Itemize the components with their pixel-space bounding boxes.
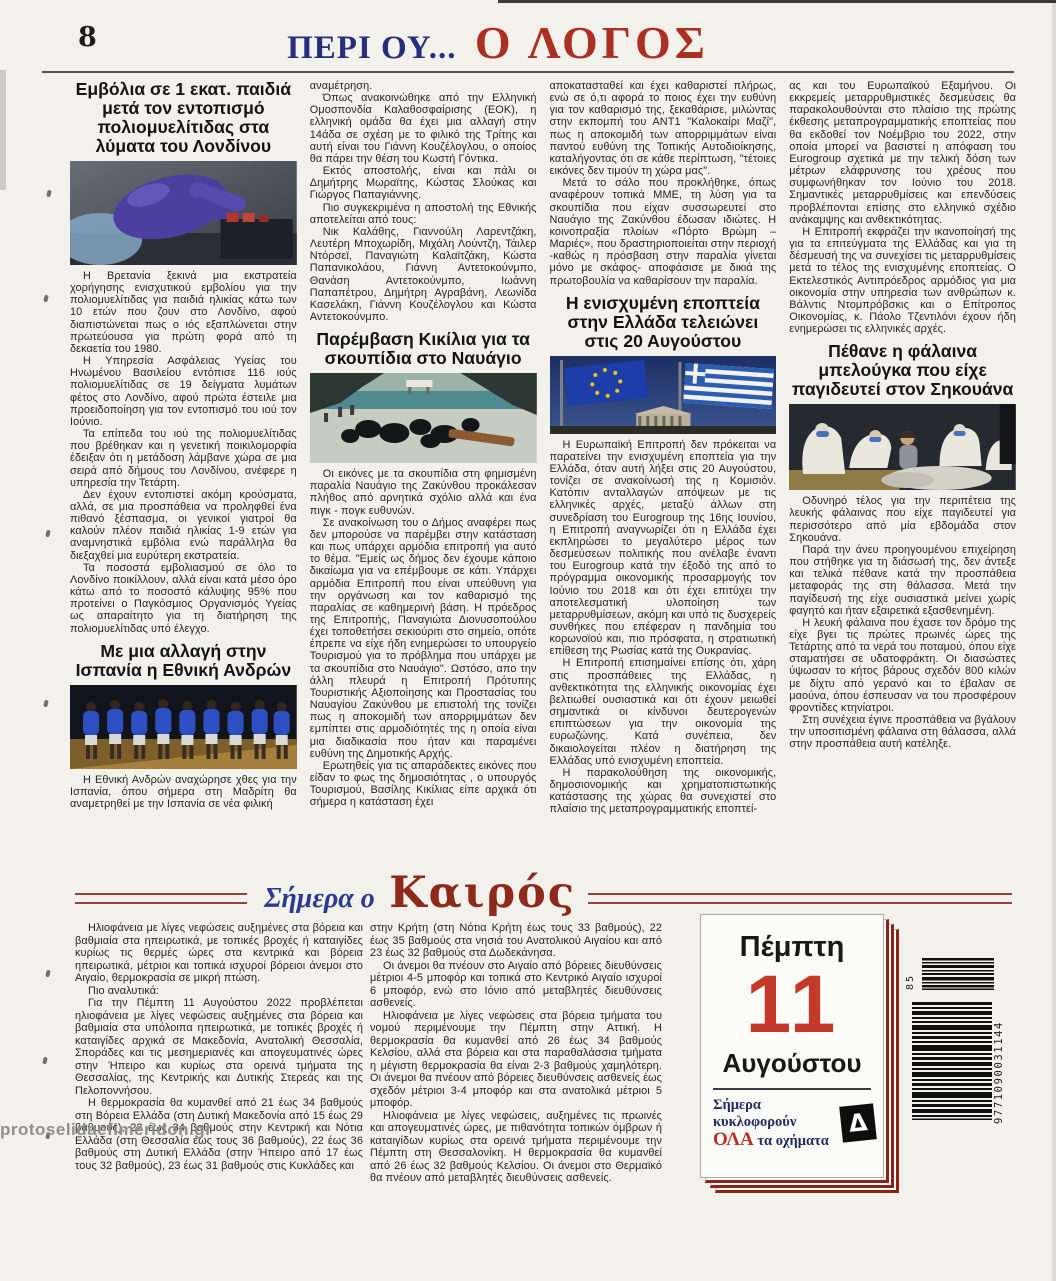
navagio-article-headline: Παρέμβαση Κικίλια για τα σκουπίδια στο Ν… [310,330,537,368]
masthead-newspaper-title: Ο ΛΟΓΟΣ [475,17,709,68]
watermark: protoselidaefimeridon.gr [0,1120,212,1140]
weather-column-1: Ηλιοφάνεια με λίγες νεφώσεις αυξημένες σ… [75,922,363,1184]
header-rule [42,71,1014,73]
article-columns: Εμβόλια σε 1 εκατ. παιδιά μετά τον εντοπ… [70,80,1016,880]
weather-title-main: Καιρός [389,868,576,918]
weather-paragraph: Ηλιοφάνεια με λίγες νεφώσεις αυξημένες σ… [75,922,363,985]
article-paragraph: Η Εθνική Ανδρών αναχώρησε χθες για την Ι… [70,774,297,810]
weather-paragraph: στην Κρήτη (στη Νότια Κρήτη έως τους 33 … [370,922,662,960]
article-paragraph: ας και του Ευρωπαϊκού Εξαμήνου. Οι εκκρε… [789,80,1016,226]
circulation-line1: Σήμερα κυκλοφορούν [713,1097,841,1131]
scan-speck [43,700,49,708]
weather-rule-right [588,893,1012,904]
circulation-note: Σήμερα κυκλοφορούν ΟΛΑ τα οχήματα Δ [701,1097,883,1150]
barcode-small [922,958,994,990]
article-paragraph: αναμέτρηση. [310,80,537,92]
scan-artifact-right-edge [1052,0,1056,1281]
weather-title: Σήμερα ο Καιρός [250,868,590,918]
circulation-highlight: ΟΛΑ [713,1129,754,1150]
weather-paragraph: Για την Πέμπτη 11 Αυγούστου 2022 προβλέπ… [75,997,363,1097]
article-paragraph: Όπως ανακοινώθηκε από την Ελληνική Ομοσπ… [310,92,537,165]
barcode-number: 9771090031144 [993,1002,1005,1124]
weather-paragraph: Ηλιοφάνεια με λίγες νεφώσεις στα βόρεια … [370,1010,662,1110]
article-paragraph: Οδυνηρό τέλος για την περιπέτεια της λευ… [789,495,1016,544]
gloved-hand-photo [70,161,297,265]
circulation-line2: ΟΛΑ τα οχήματα [713,1131,841,1150]
daktylios-ring-icon: Δ [839,1104,877,1143]
weather-title-prefix: Σήμερα ο [264,883,375,914]
calendar-date-number: 11 [701,966,883,1044]
calendar-front-sheet: Πέμπτη 11 Αυγούστου Σήμερα κυκλοφορούν Ο… [700,914,884,1178]
scan-speck [43,295,49,303]
weather-paragraph: Πιο αναλυτικά: [75,985,363,998]
article-column-4: ας και του Ευρωπαϊκού Εξαμήνου. Οι εκκρε… [789,80,1016,880]
calendar-widget: Πέμπτη 11 Αυγούστου Σήμερα κυκλοφορούν Ο… [700,914,884,1178]
circulation-rest: τα οχήματα [754,1133,829,1149]
newspaper-page: 8 ΠΕΡΙ ΟΥ... Ο ΛΟΓΟΣ Εμβόλια σε 1 εκατ. … [0,0,1056,1281]
weather-paragraph: Οι άνεμοι θα πνέουν στο Αιγαίο από βόρει… [370,960,662,1010]
scan-artifact-left-edge [0,70,6,190]
article-paragraph: Τα επίπεδα του ιού της πολιομυελίτιδας π… [70,428,297,489]
article-column-3: αποκατασταθεί και έχει καθαριστεί πλήρως… [550,80,777,880]
article-paragraph: Παρά την άνευ προηγουμένου επιχείρηση πο… [789,544,1016,617]
surveillance-article-headline: Η ενισχυμένη εποπτεία στην Ελλάδα τελειώ… [550,294,777,351]
article-paragraph: Οι εικόνες με τα σκουπίδια στη φημισμένη… [310,468,537,517]
beluga-article-headline: Πέθανε η φάλαινα μπελούγκα που είχε παγι… [789,342,1016,399]
article-paragraph: Πιο συγκεκριμένα η αποστολή της Εθνικής … [310,202,537,226]
article-paragraph: Η Υπηρεσία Ασφάλειας Υγείας του Ηνωμένου… [70,355,297,428]
article-paragraph: Η Ευρωπαϊκή Επιτροπή δεν πρόκειται να πα… [550,439,777,658]
weather-column-2: στην Κρήτη (στη Νότια Κρήτη έως τους 33 … [370,922,662,1184]
article-paragraph: Σε ανακοίνωση του ο Δήμος αναφέρει πως δ… [310,517,537,760]
basketball-team-photo [70,685,297,769]
barcode-top-label: 85 [905,958,916,990]
article-paragraph: Η παρακολούθηση της οικονομικής, δημοσιο… [550,767,777,816]
article-paragraph: Τα ποσοστά εμβολιασμού σε όλο το Λονδίνο… [70,562,297,635]
article-paragraph: Στη συνέχεια έγινε προσπάθεια να βγάλουν… [789,714,1016,750]
beluga-rescue-photo [789,404,1016,490]
navagio-beach-photo [310,373,537,463]
article-column-1: Εμβόλια σε 1 εκατ. παιδιά μετά τον εντοπ… [70,80,297,880]
article-paragraph: αποκατασταθεί και έχει καθαριστεί πλήρως… [550,80,777,177]
masthead-section-title: ΠΕΡΙ ΟΥ... [287,30,456,66]
article-paragraph: Μετά το σάλο που προκλήθηκε, όπως αναφέρ… [550,177,777,286]
article-paragraph: Η Επιτροπή εκφράζει την ικανοποίησή της … [789,226,1016,335]
scan-speck [42,1057,48,1065]
calendar-month: Αυγούστου [701,1048,883,1079]
weather-rule-left [75,893,247,904]
article-paragraph: Η Επιτροπή επισημαίνει επίσης ότι, χάρη … [550,657,777,766]
article-paragraph: Δεν έχουν εντοπιστεί ακόμη κρούσματα, αλ… [70,489,297,562]
barcode-main [912,1002,992,1120]
basketball-article-headline: Με μια αλλαγή στην Ισπανία η Εθνική Ανδρ… [70,642,297,680]
masthead: ΠΕΡΙ ΟΥ... Ο ΛΟΓΟΣ [0,16,996,69]
article-paragraph: Ερωτηθείς για τις απαράδεκτες εικόνες πο… [310,760,537,809]
eu-greek-flags-photo [550,356,777,434]
scan-speck [45,530,51,538]
article-paragraph: Η λευκή φάλαινα που έχασε τον δρόμο της … [789,617,1016,714]
article-paragraph: Η Βρετανία ξεκινά μια εκστρατεία χορήγησ… [70,270,297,355]
article-paragraph: Νικ Καλάθης, Γιαννούλη Λαρεντζάκη, Λευτέ… [310,226,537,323]
article-column-2: αναμέτρηση. Όπως ανακοινώθηκε από την Ελ… [310,80,537,880]
scan-artifact-top-line [498,0,1056,3]
polio-article-headline: Εμβόλια σε 1 εκατ. παιδιά μετά τον εντοπ… [70,80,297,156]
scan-speck [45,970,51,978]
article-paragraph: Εκτός αποστολής, είναι και πάλι οι Δημήτ… [310,165,537,201]
scan-speck [46,190,52,198]
weather-paragraph: Ηλιοφάνεια με λίγες νεφώσεις, αυξημένες … [370,1110,662,1185]
calendar-divider [713,1088,871,1090]
